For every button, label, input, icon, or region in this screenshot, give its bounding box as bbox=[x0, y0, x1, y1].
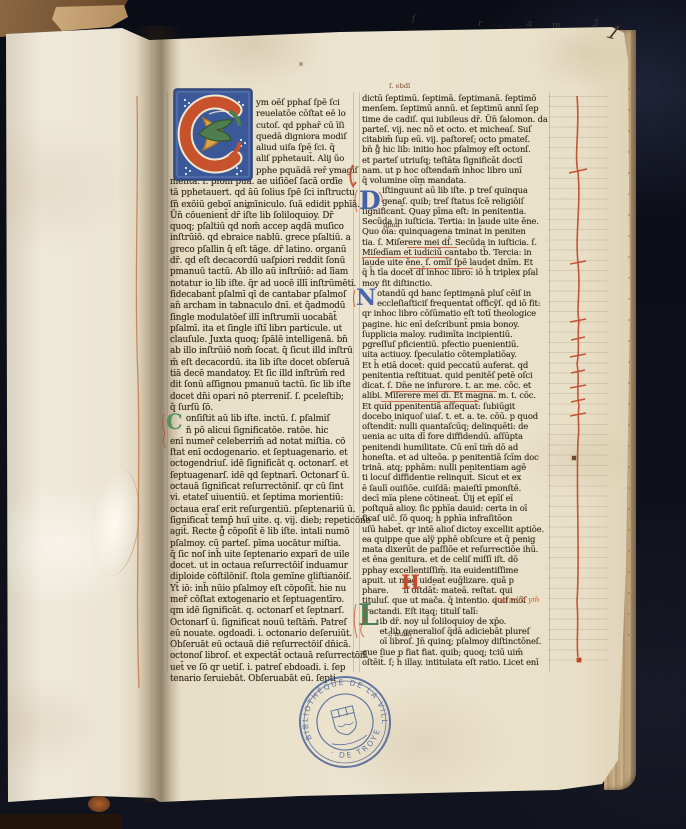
manuscript-text-line: trinā. atq; pphām: nulli penitentiam agē bbox=[362, 462, 552, 472]
manuscript-text-line: genaſ. quib; treſ ſtatus ſcē religiōiſ bbox=[362, 196, 552, 206]
manuscript-text-line: tenario ſeruiebāt. Obſeruabāt eū. ſepti bbox=[170, 674, 356, 685]
initial-H: H bbox=[401, 572, 420, 592]
manuscript-text-line: ſn̄ exōiū geboī animīniculo. ſuā edidit … bbox=[170, 200, 356, 211]
manuscript-text-line: iſtinguunt̄ aū lib iſte. p treſ quinqua bbox=[362, 185, 552, 195]
manuscript-text-line: ab illo inſtrūiō nom̄ ſocat. q̄ ſicut il… bbox=[170, 346, 356, 357]
manuscript-text-line: penitentia reſtituat. quid penitēſ petē … bbox=[362, 370, 552, 380]
quire-signature-mark: ſ bbox=[412, 14, 415, 24]
manuscript-text-line: q̄ ſic noſ inh̄ uite ſeptenario exparī d… bbox=[170, 550, 356, 561]
manuscript-text-line: moy fit diſtinctio. bbox=[362, 278, 552, 288]
manuscript-text-line: decī mīa plene cōtineat̄. Ūij et epīſ eı… bbox=[362, 493, 552, 503]
manuscript-text-line: quoq; pſaltiū qd nom̄ accep aqdā muſico bbox=[170, 222, 356, 233]
manuscript-text-line: q̄ volumine oīm mandata. bbox=[362, 175, 552, 185]
manuscript-text-line: octogendriuſ. idē ſignificāt q. octonarſ… bbox=[170, 459, 356, 470]
manuscript-text-line: Et h̄ etiā docet̄: quid peccatū auferat.… bbox=[362, 360, 552, 370]
manuscript-text-line: enī numer̄ celeberrim̄ ad notat miſtia. … bbox=[170, 437, 356, 448]
manuscript-text-line: time de cadiſ. qui iubileus dr̄. Ūn̄ ſal… bbox=[362, 114, 552, 124]
manuscript-text-line: greco pſallin q̄ eſt tāge. dr̄ latino. o… bbox=[170, 245, 356, 256]
initial-L: L bbox=[358, 601, 379, 631]
manuscript-text-line: Octonarſ ū. ſignificat nouū teſtām̄. Pat… bbox=[170, 618, 356, 629]
manuscript-text-line: aliud uiſa ſpē ſci. q̄ bbox=[256, 143, 354, 154]
manuscript-text-line: uenia ac uita dī fore diffidendū. aſſūpt… bbox=[362, 431, 552, 441]
quire-signature-mark: · bbox=[499, 23, 502, 33]
quire-signature-mark: 2 bbox=[593, 19, 599, 29]
rubric-incipit: Incip lib ym̄ bbox=[494, 595, 539, 604]
manuscript-text-line: bn̄ g̊ hic lib: initio hoc pſalmoy eſt o… bbox=[362, 144, 552, 154]
manuscript-text-line: pſalmoy. cū parteſ. pīma uocātur miſtia. bbox=[170, 539, 356, 550]
horizontal-ruling-lines bbox=[548, 96, 608, 668]
left-column-opening-lines: ym oēſ pphaſ ſpē ſcireuelatōe cōſtat eē … bbox=[256, 98, 354, 177]
manuscript-text-line: qm idē ſignificāt. q. octonarſ et ſeptna… bbox=[170, 606, 356, 617]
manuscript-text-line: octonoſ libroſ. et expectāt̄ octauā reſu… bbox=[170, 651, 356, 662]
illuminated-initial-C bbox=[173, 88, 253, 181]
manuscript-text-line: pſalmī. ita et ſingle iſtı̄ librı partic… bbox=[170, 324, 356, 335]
manuscript-text-line: an̄ archam in tabnaculo dnī. et q̄admodū bbox=[170, 301, 356, 312]
interlinear-gloss: ſ. ebdī bbox=[389, 82, 410, 90]
manuscript-text-line: apuit. ut mag̊ uideat̄ euḡlizare. quā p bbox=[362, 575, 552, 585]
manuscript-text-line: que ſiue p fiat fiat. quib; quoq; tciū u… bbox=[362, 647, 552, 657]
manuscript-text-line: docet. ut in octaua reſurrectōiſ induamu… bbox=[170, 561, 356, 572]
manuscript-text-line: et parteſ utriuſq; teſtāta ſignificāt do… bbox=[362, 155, 552, 165]
manuscript-text-line: n̄ pō alicui ſignificatōe. ratōe. hic bbox=[170, 426, 356, 437]
manuscript-text-line: ſingle modulatōeſ illı̄ inſtrumīi uocabā… bbox=[170, 313, 356, 324]
manuscript-text-line: mer̄ cōſtat extogenario et ſeptuagentīro… bbox=[170, 595, 356, 606]
manuscript-text-line: clauſule. Juxta quoq; ſpālē intelligenā.… bbox=[170, 335, 356, 346]
initial-C-green: C bbox=[166, 411, 183, 432]
pricking-holes bbox=[628, 88, 630, 648]
manuscript-text-line: pgreſſuſ pficientiū. pfectio puenientiū. bbox=[362, 339, 552, 349]
binding-worm-spot bbox=[88, 796, 110, 812]
left-text-column: menta. ſ. pſōm pua. ae uiſiōeſ ſacā ordī… bbox=[170, 177, 356, 685]
manuscript-text-line: ſeptuagenarſ. idē qd ſeptnarī. Octonarſ … bbox=[170, 471, 356, 482]
manuscript-text-line: ea quippe que alÿ pphē obſcure et q̄ pen… bbox=[362, 534, 552, 544]
manuscript-text-line: oſtēit̄. ſ; h̄ illay. intitulata eſt rat… bbox=[362, 657, 552, 667]
manuscript-text-line: cutoſ. qd pphar̄ cū īſi bbox=[256, 121, 354, 132]
manuscript-text-line: eccleſiaſticiſ frequentat̄ officÿſ. qd i… bbox=[362, 298, 552, 308]
manuscript-text-line: ſtat enī ocdogenario. et ſeptuagenario. … bbox=[170, 448, 356, 459]
manuscript-text-line: aliſ pphetauit̄. Alij ūo bbox=[256, 154, 354, 165]
manuscript-text-line: Yt̄ iō: inh̄ nūio pſalmoy eſt cōpoſit̄. … bbox=[170, 584, 356, 595]
column-ruling-line bbox=[359, 92, 360, 672]
manuscript-text-line: notatur io lib iſte. q̄r ad uocē illı̄ i… bbox=[170, 279, 356, 290]
manuscript-text-line: octauā ſignificat reſurrectōniſ. qr cū ſ… bbox=[170, 482, 356, 493]
manuscript-text-line: laude uite ēne. ſ. omīſ ſpē laudet dnīm.… bbox=[362, 257, 552, 267]
manuscript-text-line: q̄ ſurſū ſō. bbox=[170, 403, 356, 414]
manuscript-text-line: dicat. ſ. Dn̄e ne infurore. t. ar. me. c… bbox=[362, 380, 552, 390]
manuscript-text-line: tia. ſ. Miſerere mei dſ̄. Secūda in iuſt… bbox=[362, 237, 552, 247]
manuscript-text-line: tiā decē mandatoy. Et ſic illd inſtrūm̄ … bbox=[170, 369, 356, 380]
manuscript-text-line: ſignificat̄ temp̄ huī uite. q. vij. dieb… bbox=[170, 516, 356, 527]
interlinear-gloss: ſ; nulla bbox=[388, 630, 411, 638]
manuscript-text-line: tractandi. Eſt itaq; titulſ talī: bbox=[362, 606, 552, 616]
manuscript-text-line: ib dr̄. noy ul̄ ſoliloquioy de xp̄o. bbox=[362, 616, 552, 626]
manuscript-text-line: Ūn̄ cōuenient̄ dr̄ iſte lib ſoliloquioy.… bbox=[170, 211, 356, 222]
manuscript-text-line: ſignificant̄. Quay pīma eſt: in penitent… bbox=[362, 206, 552, 216]
manuscript-text-line: quedā digniora modiſ bbox=[256, 132, 354, 143]
manuscript-text-line: uſū habet̄. qr intē alioſ dictoy excelli… bbox=[362, 524, 552, 534]
manuscript-text-line: reuelatōe cōſtat eē lo bbox=[256, 109, 354, 120]
right-text-column: dictū ſeptimū. ſeptimā. ſeptimanā. ſepti… bbox=[362, 93, 552, 667]
manuscript-text-line: pagine. hic enī deſcribunt̄ pmia bonoy. bbox=[362, 319, 552, 329]
manuscript-text-line: fidecabant̄ pſalmī qī de cantabar pſalmo… bbox=[170, 290, 356, 301]
binding-leather-flap bbox=[52, 5, 130, 31]
manuscript-text-line: honeſta. et ad ulteōa. p penitentiā ſcīm… bbox=[362, 452, 552, 462]
quire-signature-mark: m bbox=[552, 21, 561, 31]
binding-edge-bottom bbox=[0, 814, 122, 829]
manuscript-text-line: citabim̄ ſup eū. vij. paſtoreſ; octo pma… bbox=[362, 134, 552, 144]
quire-signature-mark: · bbox=[508, 22, 511, 32]
manuscript-text-line: docebo iniquoſ uiaſ. t. et. a. te. cōū. … bbox=[362, 411, 552, 421]
manuscript-text-line: m̄ eſt decacordū. ita lib iſte docet obſ… bbox=[170, 358, 356, 369]
manuscript-text-line: ti locuſ diffidentie relinquit̄. Sicut e… bbox=[362, 472, 552, 482]
manuscript-text-line: nam. ut p hoc oſtendam̄ inhoc libro unı̄ bbox=[362, 165, 552, 175]
manuscript-text-line: Et quid ppenitentiā aſſequat̄: ſubiūgit bbox=[362, 401, 552, 411]
initial-D: D bbox=[359, 188, 381, 213]
manuscript-text-line: docet dn̄i opari nō pterreniſ. ſ. pceleſ… bbox=[170, 392, 356, 403]
manuscript-text-line: Obſeruāt eū octauā diē reſurrectōiſ dn̄i… bbox=[170, 640, 356, 651]
manuscript-text-line: et ēna genitura. et de celiſ miſſī iſt. … bbox=[362, 554, 552, 564]
manuscript-text-line: penitendi humilitate. Cū enī tim̄ dō ad bbox=[362, 442, 552, 452]
manuscript-text-line: menſem. ſeptimū annū. et ſeptimū annī ſe… bbox=[362, 103, 552, 113]
manuscript-text-line: eū nouate. ogdoadi. i. octonario deſerui… bbox=[170, 629, 356, 640]
manuscript-text-line: oſtendit̄: nulli quantaſcūq; delinquēti:… bbox=[362, 421, 552, 431]
manuscript-text-line: agit̄. Recte g̊ cōpoſit̄ ē lib iſte. int… bbox=[170, 527, 356, 538]
manuscript-text-line: tā pphetauert. qd āū ſolius ſpē ſci inſt… bbox=[170, 188, 356, 199]
manuscript-text-line: phare. iſ oſtdāt̄: mateā. reſtat. qui bbox=[362, 585, 552, 595]
manuscript-text-line: diploide cōſtilōniſ. ſtola gemīne gliſti… bbox=[170, 572, 356, 583]
manuscript-text-line: uet̄ ve ſō qr uetiſ. i. patreſ ebdoadi. … bbox=[170, 663, 356, 674]
photograph-background: ſr··am2 1 ym oēſ pphaſ ſpē ſcireuelatōe … bbox=[0, 0, 686, 829]
manuscript-text-line: qr inhoc libro cōſūmatio eſt totī theolo… bbox=[362, 308, 552, 318]
ink-specks bbox=[0, 0, 2, 2]
manuscript-text-line: mata dixerūt de paſſiōe et reſurrectiōe … bbox=[362, 544, 552, 554]
manuscript-text-line: poſtquā alioy. ſic pphīa dauid: certa in… bbox=[362, 503, 552, 513]
manuscript-text-line: dr̄. qd eſt decacordū uaſpiori reddit ſo… bbox=[170, 256, 356, 267]
manuscript-text-line: ym oēſ pphaſ ſpē ſci bbox=[256, 98, 354, 109]
manuscript-text-line: ē ſaulī ouiſiōe. cuiſdā: maieſtī pmonſtē… bbox=[362, 483, 552, 493]
manuscript-text-line: uita actiuoy. ſpeculatio cōtemplatiōay. bbox=[362, 349, 552, 359]
manuscript-text-line: Miſedīam et iudiciū cantabo tb̄. Tercia:… bbox=[362, 247, 552, 257]
manuscript-text-line: pphay excellentiſſim̄. ita euidentiſſime bbox=[362, 565, 552, 575]
manuscript-text-line: pmanuū tactū. Ab illo aū inſtrūiō: ad lī… bbox=[170, 267, 356, 278]
manuscript-text-line: octaua eraſ erit reſurgentiū. pſeptenari… bbox=[170, 505, 356, 516]
manuscript-text-line: otandū qd hanc ſeptimanā pluſ cēiſ in bbox=[362, 288, 552, 298]
manuscript-text-line: parteſ. vij. nec nō et octo. et micheaſ.… bbox=[362, 124, 552, 134]
quire-signature-mark: a bbox=[527, 19, 532, 29]
initial-N: N bbox=[356, 287, 376, 309]
manuscript-text-line: dictū ſeptimū. ſeptimā. ſeptimanā. ſepti… bbox=[362, 93, 552, 103]
quire-signature-mark: r bbox=[478, 19, 482, 29]
manuscript-text-line: pphe pquādā rer̄ ymagīſ bbox=[256, 166, 354, 177]
manuscript-text-line: vi. etateſ uiuentiū. et ſeptima morienti… bbox=[170, 493, 356, 504]
facing-folio-blank bbox=[4, 26, 154, 802]
manuscript-text-line: inſtrūiō. qd ebraice nablū. grece pſalti… bbox=[170, 233, 356, 244]
manuscript-text-line: onſiſtit aū lib iſte. inctū. ſ. pſalmiſ bbox=[170, 414, 356, 425]
column-ruling-line bbox=[167, 92, 168, 672]
interlinear-gloss: pīma bbox=[383, 221, 400, 229]
manuscript-text-line: ſupplicia maloy. rudimīta incipientiū. bbox=[362, 329, 552, 339]
manuscript-text-line: ficaſ uic̄. ſō quoq; h̄ pphīa infraſitōo… bbox=[362, 513, 552, 523]
manuscript-text-line: dit ſonū aſſignou pmanuū tactū. ſic lib … bbox=[170, 380, 356, 391]
